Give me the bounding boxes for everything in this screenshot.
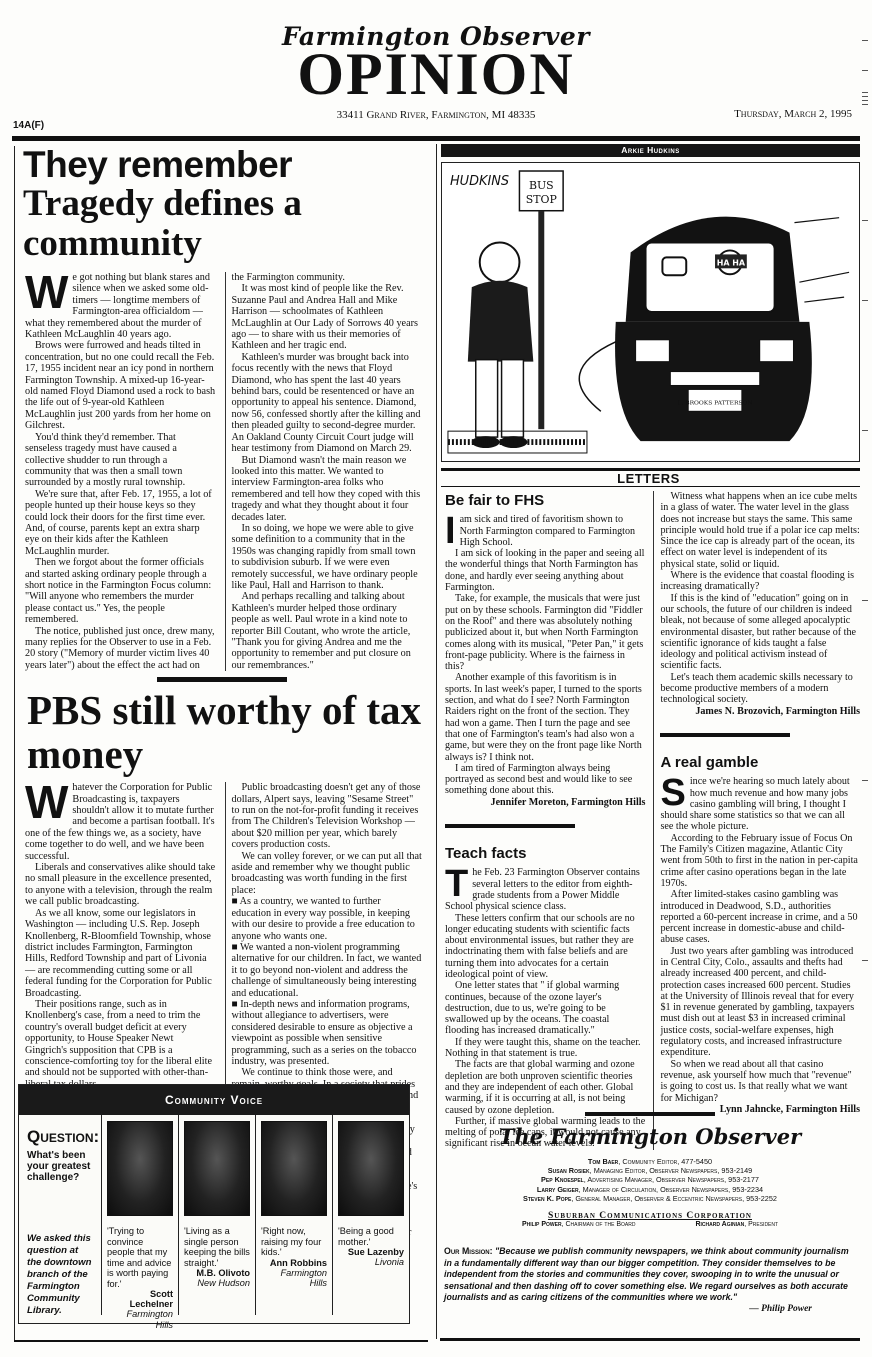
paragraph: I am sick of looking in the paper and se…	[445, 548, 645, 593]
bottom-rule	[440, 1338, 860, 1341]
dropcap: I	[445, 516, 456, 546]
officer: Philip Power, Chairman of the Board	[522, 1221, 636, 1228]
paragraph: Iam sick and tired of favoritism shown t…	[445, 514, 645, 548]
letter-divider	[445, 824, 575, 828]
svg-text:HA HA: HA HA	[717, 258, 746, 267]
staff-line: Pep Knoespel, Advertising Manager, Obser…	[440, 1175, 860, 1184]
respondent-photo	[184, 1121, 250, 1216]
paragraph: As we all know, some our legislators in …	[25, 908, 216, 999]
editorial-1-col-1: We got nothing but blank stares and sile…	[25, 272, 216, 671]
letter-title: A real gamble	[660, 757, 860, 768]
letters-col-1: Be fair to FHS Iam sick and tired of fav…	[445, 491, 645, 1150]
paragraph: Witness what happens when an ice cube me…	[660, 491, 860, 570]
bullet-paragraph: ■ As a country, we wanted to further edu…	[232, 896, 423, 942]
staff-logo: The Farmington Observer	[440, 1124, 860, 1149]
paragraph: But Diamond wasn't the main reason we lo…	[232, 455, 423, 523]
respondent-name: Scott Lechelner	[107, 1289, 173, 1309]
respondent: 'Right now, raising my four kids.' Ann R…	[255, 1115, 332, 1315]
svg-text:BUS: BUS	[529, 179, 554, 192]
staff-list: Tom Baer, Community Editor, 477-5450 Sus…	[440, 1157, 860, 1203]
paragraph: After limited-stakes casino gambling was…	[660, 889, 860, 945]
editorial-cartoon: HUDKINS BUS STOP HA HA	[441, 162, 860, 462]
masthead: Farmington Observer OPINION 33411 Grand …	[0, 0, 872, 128]
paragraph: The notice, published just once, drew ma…	[25, 626, 216, 672]
dropcap: T	[445, 869, 468, 899]
corporation-name: Suburban Communications Corporation	[440, 1211, 860, 1221]
editorial-headline: They remember	[15, 146, 428, 184]
cartoon-illustration-icon: HUDKINS BUS STOP HA HA	[442, 163, 859, 461]
respondent-place: Livonia	[338, 1257, 404, 1268]
question-note: We asked this question at the downtown b…	[27, 1233, 95, 1317]
paragraph: In so doing, we hope we were able to giv…	[232, 523, 423, 591]
respondent: 'Living as a single person keeping the b…	[178, 1115, 255, 1315]
respondent-name: M.B. Olivoto	[184, 1268, 250, 1278]
paragraph: So when we read about all that casino re…	[660, 1059, 860, 1104]
question-panel: Question: What's been your greatest chal…	[19, 1115, 101, 1315]
section-title: OPINION	[0, 46, 872, 102]
paragraph: Take, for example, the musicals that wer…	[445, 593, 645, 672]
editorial-headline: PBS still worthy of tax money	[15, 688, 428, 776]
paragraph: If they were taught this, shame on the t…	[445, 1037, 645, 1060]
paragraph: The Feb. 23 Farmington Observer contains…	[445, 867, 645, 912]
paragraph: You'd think they'd remember. That sensel…	[25, 432, 216, 489]
top-rule	[12, 136, 860, 141]
paragraph: Kathleen's murder was brought back into …	[232, 352, 423, 455]
svg-text:L. BROOKS PATTERSON: L. BROOKS PATTERSON	[678, 399, 753, 406]
respondent: 'Being a good mother.' Sue Lazenby Livon…	[332, 1115, 409, 1315]
respondent-place: Farmington Hills	[261, 1268, 327, 1289]
dropcap: W	[25, 274, 68, 310]
svg-text:STOP: STOP	[526, 193, 557, 206]
staff-line: Tom Baer, Community Editor, 477-5450	[440, 1157, 860, 1166]
letter-signature: Jennifer Moreton, Farmington Hills	[445, 797, 645, 808]
respondent-place: Farmington Hills	[107, 1309, 173, 1330]
paragraph: It was most kind of people like the Rev.…	[232, 283, 423, 351]
paragraph: We're sure that, after Feb. 17, 1955, a …	[25, 489, 216, 557]
mission-label: Our Mission:	[444, 1246, 493, 1256]
paragraph: Just two years after gambling was introd…	[660, 946, 860, 1059]
letter-divider	[660, 733, 790, 737]
respondent-quote: 'Being a good mother.'	[338, 1226, 404, 1247]
mission-statement: Our Mission: "Because we publish communi…	[440, 1246, 860, 1304]
letter-signature: James N. Brozovich, Farmington Hills	[660, 706, 860, 717]
paragraph: Whatever the Corporation for Public Broa…	[25, 782, 216, 862]
paragraph: Another example of this favoritism is in…	[445, 672, 645, 762]
letters-col-2: Witness what happens when an ice cube me…	[653, 491, 860, 1150]
paragraph: I am tired of Farmington always being po…	[445, 763, 645, 797]
question-label: Question:	[27, 1127, 95, 1147]
dropcap: W	[25, 784, 68, 820]
editorial-they-remember: They remember Tragedy defines a communit…	[15, 146, 428, 671]
respondent-place: New Hudson	[184, 1278, 250, 1289]
community-voice-box: Community Voice Question: What's been yo…	[18, 1084, 410, 1324]
staff-line: Larry Geiger, Manager of Circulation, Ob…	[440, 1185, 860, 1194]
paragraph: According to the February issue of Focus…	[660, 833, 860, 889]
paragraph: We got nothing but blank stares and sile…	[25, 272, 216, 340]
svg-text:HUDKINS: HUDKINS	[450, 174, 509, 189]
page-number: 14A(F)	[13, 120, 44, 131]
letters-section-label: LETTERS	[437, 471, 860, 486]
paragraph: Where is the evidence that coastal flood…	[660, 570, 860, 593]
respondent-name: Sue Lazenby	[338, 1247, 404, 1257]
paragraph: If this is the kind of "education" going…	[660, 593, 860, 672]
letter-title: Be fair to FHS	[445, 495, 645, 506]
respondent-quote: 'Right now, raising my four kids.'	[261, 1226, 327, 1258]
respondent-photo	[261, 1121, 327, 1216]
staff-line: Steven K. Pope, General Manager, Observe…	[440, 1194, 860, 1203]
paragraph: These letters confirm that our schools a…	[445, 913, 645, 981]
staff-line: Susan Rosiek, Managing Editor, Observer …	[440, 1166, 860, 1175]
community-voice-title: Community Voice	[19, 1085, 409, 1115]
paragraph: Public broadcasting doesn't get any of t…	[232, 782, 423, 850]
paragraph: We can volley forever, or we can put all…	[232, 851, 423, 897]
letter-be-fair-to-fhs: Be fair to FHS Iam sick and tired of fav…	[445, 495, 645, 808]
respondent: 'Trying to convince people that my time …	[101, 1115, 178, 1315]
paragraph: One letter states that " if global warmi…	[445, 980, 645, 1036]
editorial-1-col-2: the Farmington community. It was most ki…	[225, 272, 423, 671]
staff-divider	[585, 1112, 715, 1116]
dateline: Thursday, March 2, 1995	[734, 108, 852, 120]
mission-signature: — Philip Power	[440, 1304, 860, 1314]
editorial-subhead: Tragedy defines a community	[15, 184, 428, 264]
respondent-quote: 'Trying to convince people that my time …	[107, 1226, 173, 1289]
cartoon-credit: Arkie Hudkins	[441, 144, 860, 157]
paragraph: And perhaps recalling and talking about …	[232, 591, 423, 671]
bottom-rule	[14, 1340, 428, 1342]
respondent-photo	[338, 1121, 404, 1216]
bullet-paragraph: ■ We wanted a non-violent programming al…	[232, 942, 423, 999]
section-divider	[157, 677, 287, 682]
bullet-paragraph: ■ In-depth news and information programs…	[232, 999, 423, 1067]
scan-edge-marks	[856, 0, 870, 1357]
paragraph: Then we forgot about the former official…	[25, 557, 216, 625]
letter-teach-facts: Teach facts The Feb. 23 Farmington Obser…	[445, 848, 645, 1150]
letter-a-real-gamble: A real gamble Since we're hearing so muc…	[660, 757, 860, 1115]
respondent-quote: 'Living as a single person keeping the b…	[184, 1226, 250, 1268]
paragraph: Since we're hearing so much lately about…	[660, 776, 860, 832]
paragraph: Their positions range, such as in Knolle…	[25, 999, 216, 1090]
officer: Richard Aginian, President	[695, 1221, 778, 1228]
question-text: What's been your greatest challenge?	[27, 1150, 95, 1183]
paragraph: Let's teach them academic skills necessa…	[660, 672, 860, 706]
respondent-photo	[107, 1121, 173, 1216]
dropcap: S	[660, 778, 685, 808]
letter-title: Teach facts	[445, 848, 645, 859]
corporation-officers: Philip Power, Chairman of the Board Rich…	[440, 1221, 860, 1228]
paragraph: the Farmington community.	[232, 272, 423, 283]
paragraph: Liberals and conservatives alike should …	[25, 862, 216, 908]
paragraph: The facts are that global warming and oz…	[445, 1059, 645, 1115]
staff-box: The Farmington Observer Tom Baer, Commun…	[440, 1112, 860, 1340]
respondent-name: Ann Robbins	[261, 1258, 327, 1268]
paragraph: Brows were furrowed and heads tilted in …	[25, 340, 216, 431]
